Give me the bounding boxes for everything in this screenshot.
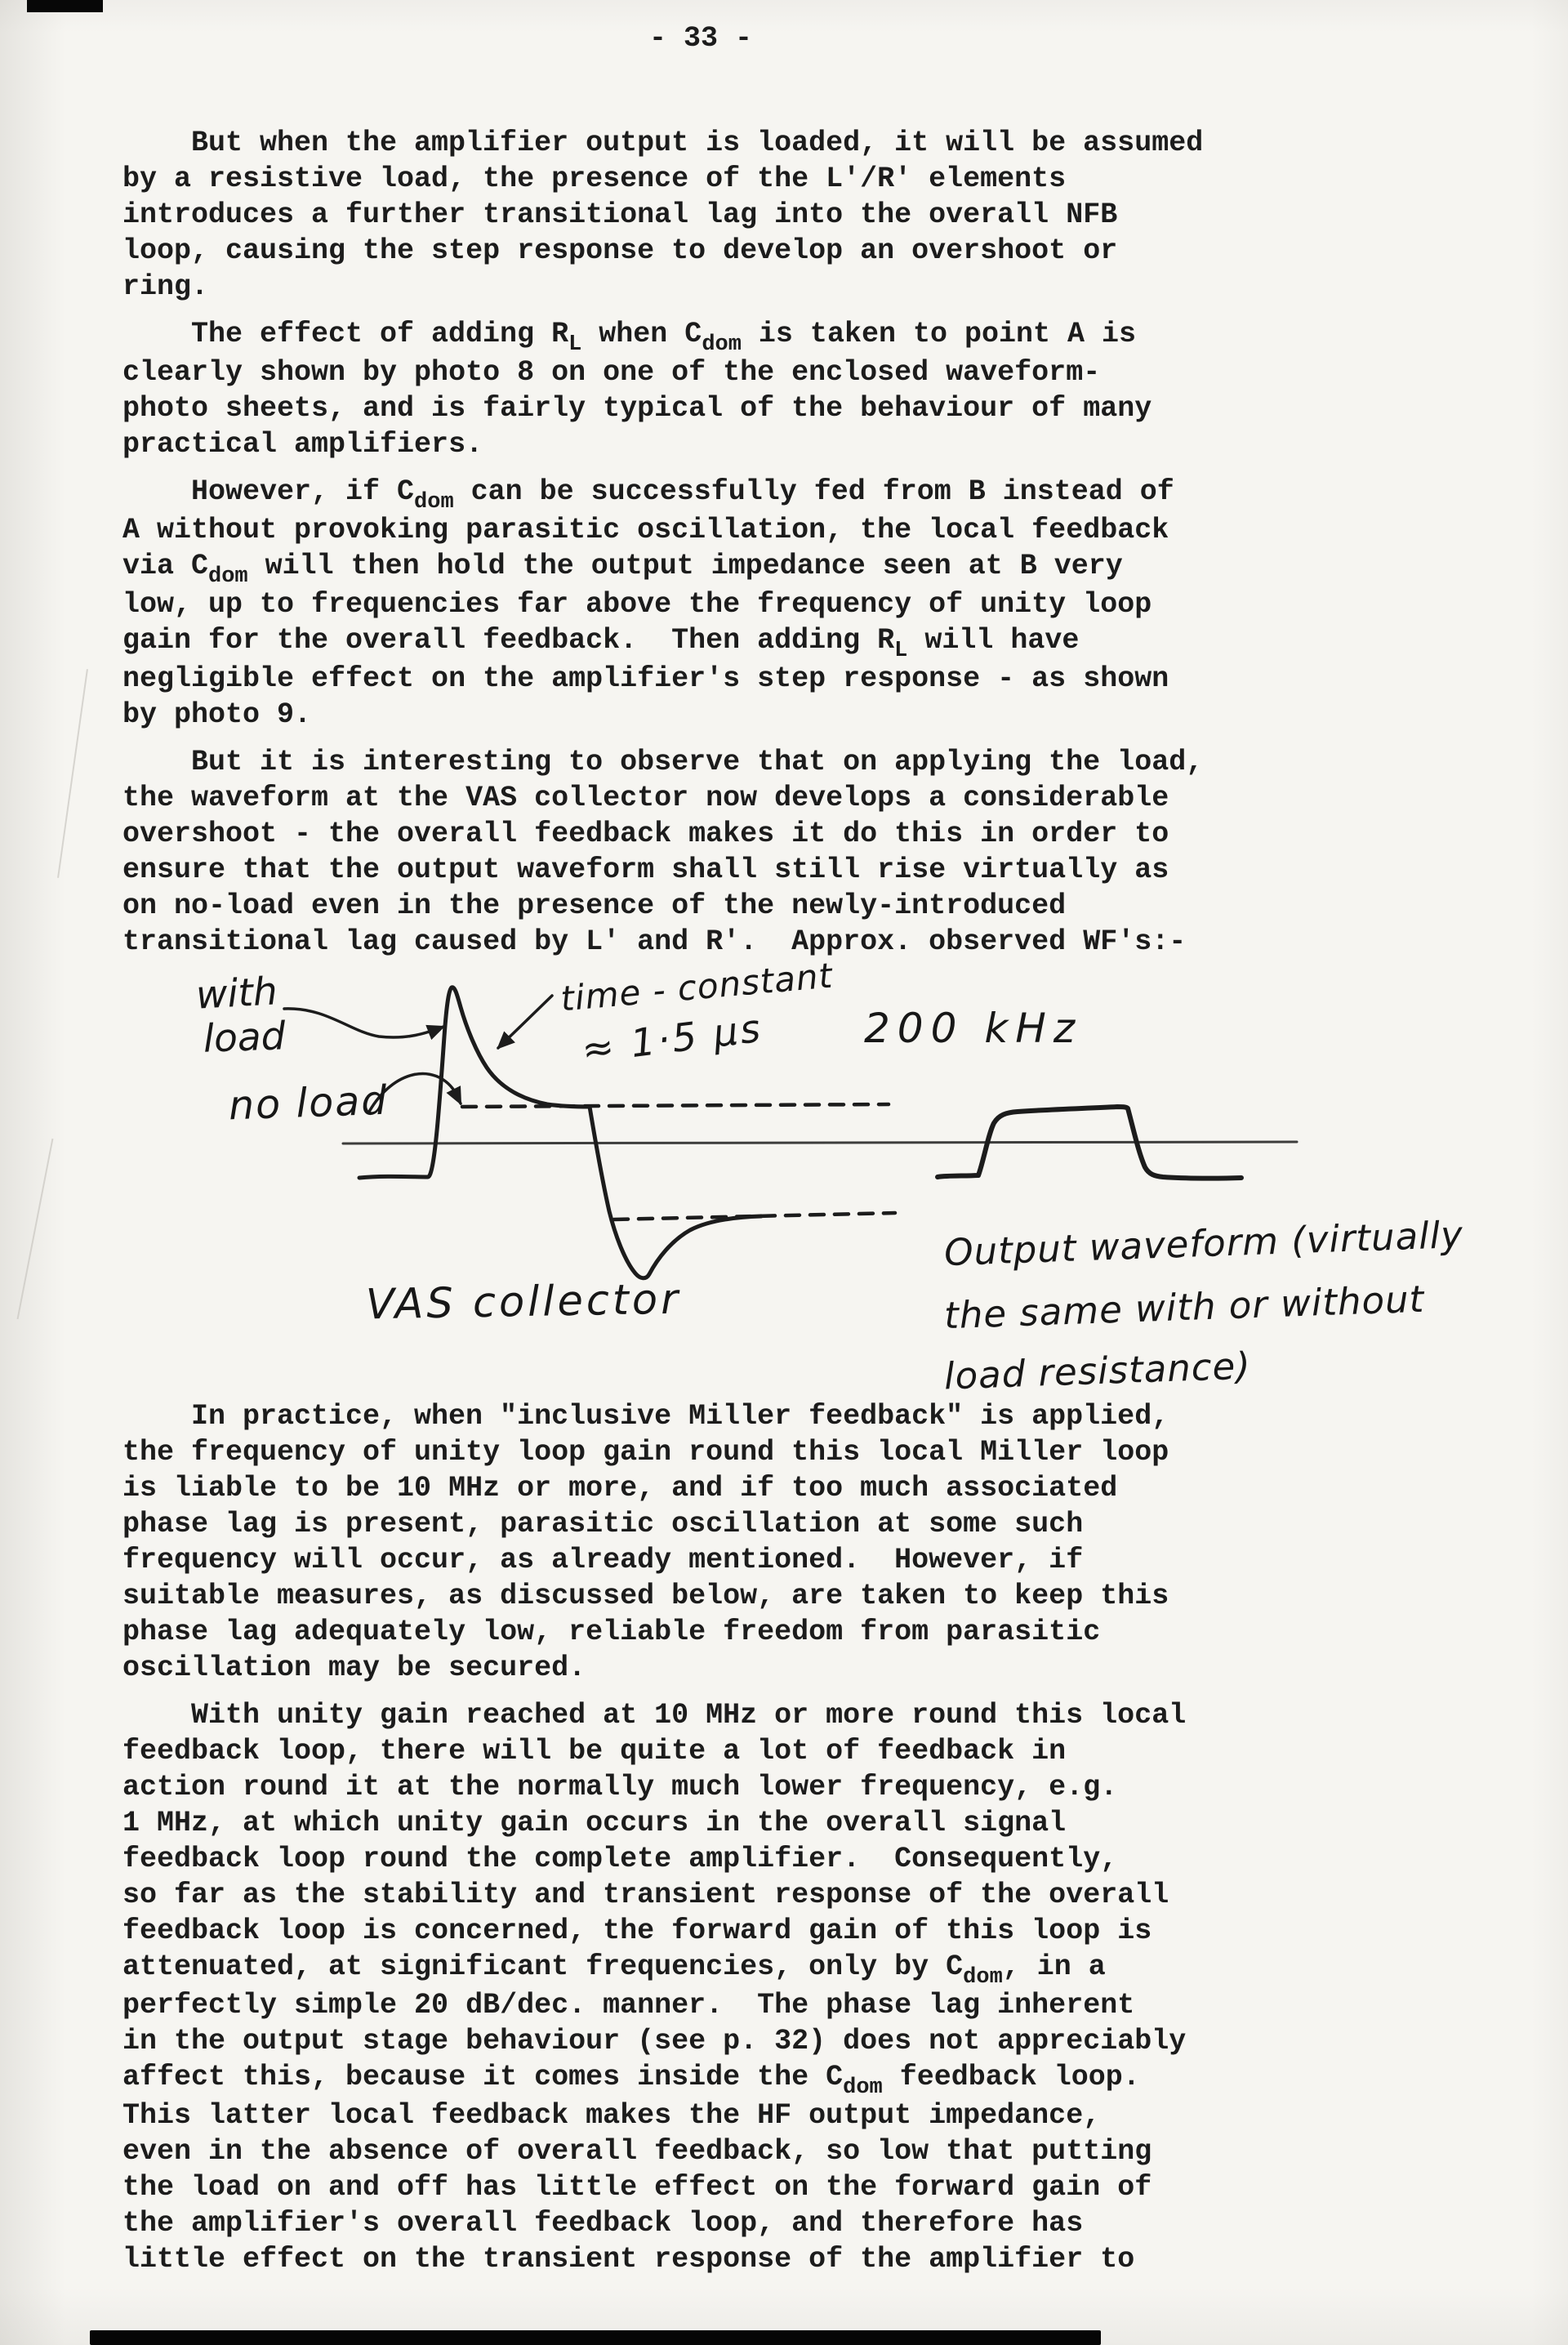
text-line: The effect of adding RL when Cdom is tak… xyxy=(122,316,1445,354)
text-line: so far as the stability and transient re… xyxy=(122,1877,1445,1913)
paragraph: With unity gain reached at 10 MHz or mor… xyxy=(122,1697,1445,2277)
waveform-figure: with load time - constant ≈ 1·5 μs no lo… xyxy=(0,971,1568,1398)
text-line: But it is interesting to observe that on… xyxy=(122,744,1445,780)
text-line: the load on and off has little effect on… xyxy=(122,2169,1445,2205)
text-line: In practice, when "inclusive Miller feed… xyxy=(122,1398,1445,1434)
paragraph: But it is interesting to observe that on… xyxy=(122,744,1445,960)
text-line: clearly shown by photo 8 on one of the e… xyxy=(122,354,1445,390)
text-line: perfectly simple 20 dB/dec. manner. The … xyxy=(122,1987,1445,2023)
label-with-load-line1: with xyxy=(195,974,278,1014)
text-line: by photo 9. xyxy=(122,697,1445,733)
subscript: L xyxy=(894,639,907,663)
text-line: transitional lag caused by L' and R'. Ap… xyxy=(122,924,1445,960)
text-line: little effect on the transient response … xyxy=(122,2241,1445,2277)
zero-axis-line xyxy=(343,1142,1297,1144)
scanned-page: - 33 - But when the amplifier output is … xyxy=(0,0,1568,2345)
text-line: by a resistive load, the presence of the… xyxy=(122,161,1445,197)
text-line: 1 MHz, at which unity gain occurs in the… xyxy=(122,1805,1445,1841)
text-line: A without provoking parasitic oscillatio… xyxy=(122,512,1445,548)
text-line: This latter local feedback makes the HF … xyxy=(122,2098,1445,2133)
paragraph: In practice, when "inclusive Miller feed… xyxy=(122,1398,1445,1686)
paragraph: The effect of adding RL when Cdom is tak… xyxy=(122,316,1445,462)
paper-fold-line-upper xyxy=(57,669,88,878)
text-line: action round it at the normally much low… xyxy=(122,1769,1445,1805)
text-line: phase lag is present, parasitic oscillat… xyxy=(122,1506,1445,1542)
text-line: photo sheets, and is fairly typical of t… xyxy=(122,390,1445,426)
text-line: frequency will occur, as already mention… xyxy=(122,1542,1445,1578)
text-line: on no-load even in the presence of the n… xyxy=(122,888,1445,924)
scan-artifact-top-left xyxy=(27,0,103,12)
subscript: dom xyxy=(702,332,742,357)
text-line: oscillation may be secured. xyxy=(122,1650,1445,1686)
text-line: introduces a further transitional lag in… xyxy=(122,197,1445,233)
time-constant-leader-arrow xyxy=(498,996,552,1048)
label-output-caption-line3: load resistance) xyxy=(943,1348,1251,1394)
label-frequency: 200 kHz xyxy=(864,1010,1082,1046)
text-line: ring. xyxy=(122,269,1445,305)
subscript: L xyxy=(568,332,581,357)
text-line: even in the absence of overall feedback,… xyxy=(122,2133,1445,2169)
text-line: But when the amplifier output is loaded,… xyxy=(122,125,1445,161)
label-vas-collector: VAS collector xyxy=(366,1282,682,1324)
text-line: ensure that the output waveform shall st… xyxy=(122,852,1445,888)
paragraph: However, if Cdom can be successfully fed… xyxy=(122,474,1445,733)
text-line: With unity gain reached at 10 MHz or mor… xyxy=(122,1697,1445,1733)
subscript: dom xyxy=(843,2075,883,2100)
label-no-load: no load xyxy=(228,1083,389,1125)
text-line: in the output stage behaviour (see p. 32… xyxy=(122,2023,1445,2059)
page-content: - 33 - But when the amplifier output is … xyxy=(122,20,1445,2289)
no-load-high-dashed-trace xyxy=(462,1104,889,1107)
with-load-leader-arrow xyxy=(284,1009,443,1037)
text-line: low, up to frequencies far above the fre… xyxy=(122,586,1445,622)
text-line: feedback loop round the complete amplifi… xyxy=(122,1841,1445,1877)
body-text-lower: In practice, when "inclusive Miller feed… xyxy=(122,1398,1445,2277)
text-line: However, if Cdom can be successfully fed… xyxy=(122,474,1445,512)
text-line: phase lag adequately low, reliable freed… xyxy=(122,1614,1445,1650)
subscript: dom xyxy=(963,1965,1003,1990)
text-line: practical amplifiers. xyxy=(122,426,1445,462)
text-line: is liable to be 10 MHz or more, and if t… xyxy=(122,1470,1445,1506)
text-line: affect this, because it comes inside the… xyxy=(122,2059,1445,2098)
text-line: feedback loop is concerned, the forward … xyxy=(122,1913,1445,1949)
text-line: suitable measures, as discussed below, a… xyxy=(122,1578,1445,1614)
text-line: gain for the overall feedback. Then addi… xyxy=(122,622,1445,661)
body-text-upper: But when the amplifier output is loaded,… xyxy=(122,125,1445,960)
scan-artifact-bottom-bar xyxy=(90,2330,1101,2345)
page-number: - 33 - xyxy=(649,20,1445,56)
text-line: the frequency of unity loop gain round t… xyxy=(122,1434,1445,1470)
subscript: dom xyxy=(414,490,454,515)
text-line: the waveform at the VAS collector now de… xyxy=(122,780,1445,816)
text-line: negligible effect on the amplifier's ste… xyxy=(122,661,1445,697)
subscript: dom xyxy=(208,564,248,589)
text-line: feedback loop, there will be quite a lot… xyxy=(122,1733,1445,1769)
label-with-load-line2: load xyxy=(203,1019,286,1057)
text-line: overshoot - the overall feedback makes i… xyxy=(122,816,1445,852)
text-line: loop, causing the step response to devel… xyxy=(122,233,1445,269)
paragraph: But when the amplifier output is loaded,… xyxy=(122,125,1445,305)
text-line: via Cdom will then hold the output imped… xyxy=(122,548,1445,586)
text-line: attenuated, at significant frequencies, … xyxy=(122,1949,1445,1987)
text-line: the amplifier's overall feedback loop, a… xyxy=(122,2205,1445,2241)
